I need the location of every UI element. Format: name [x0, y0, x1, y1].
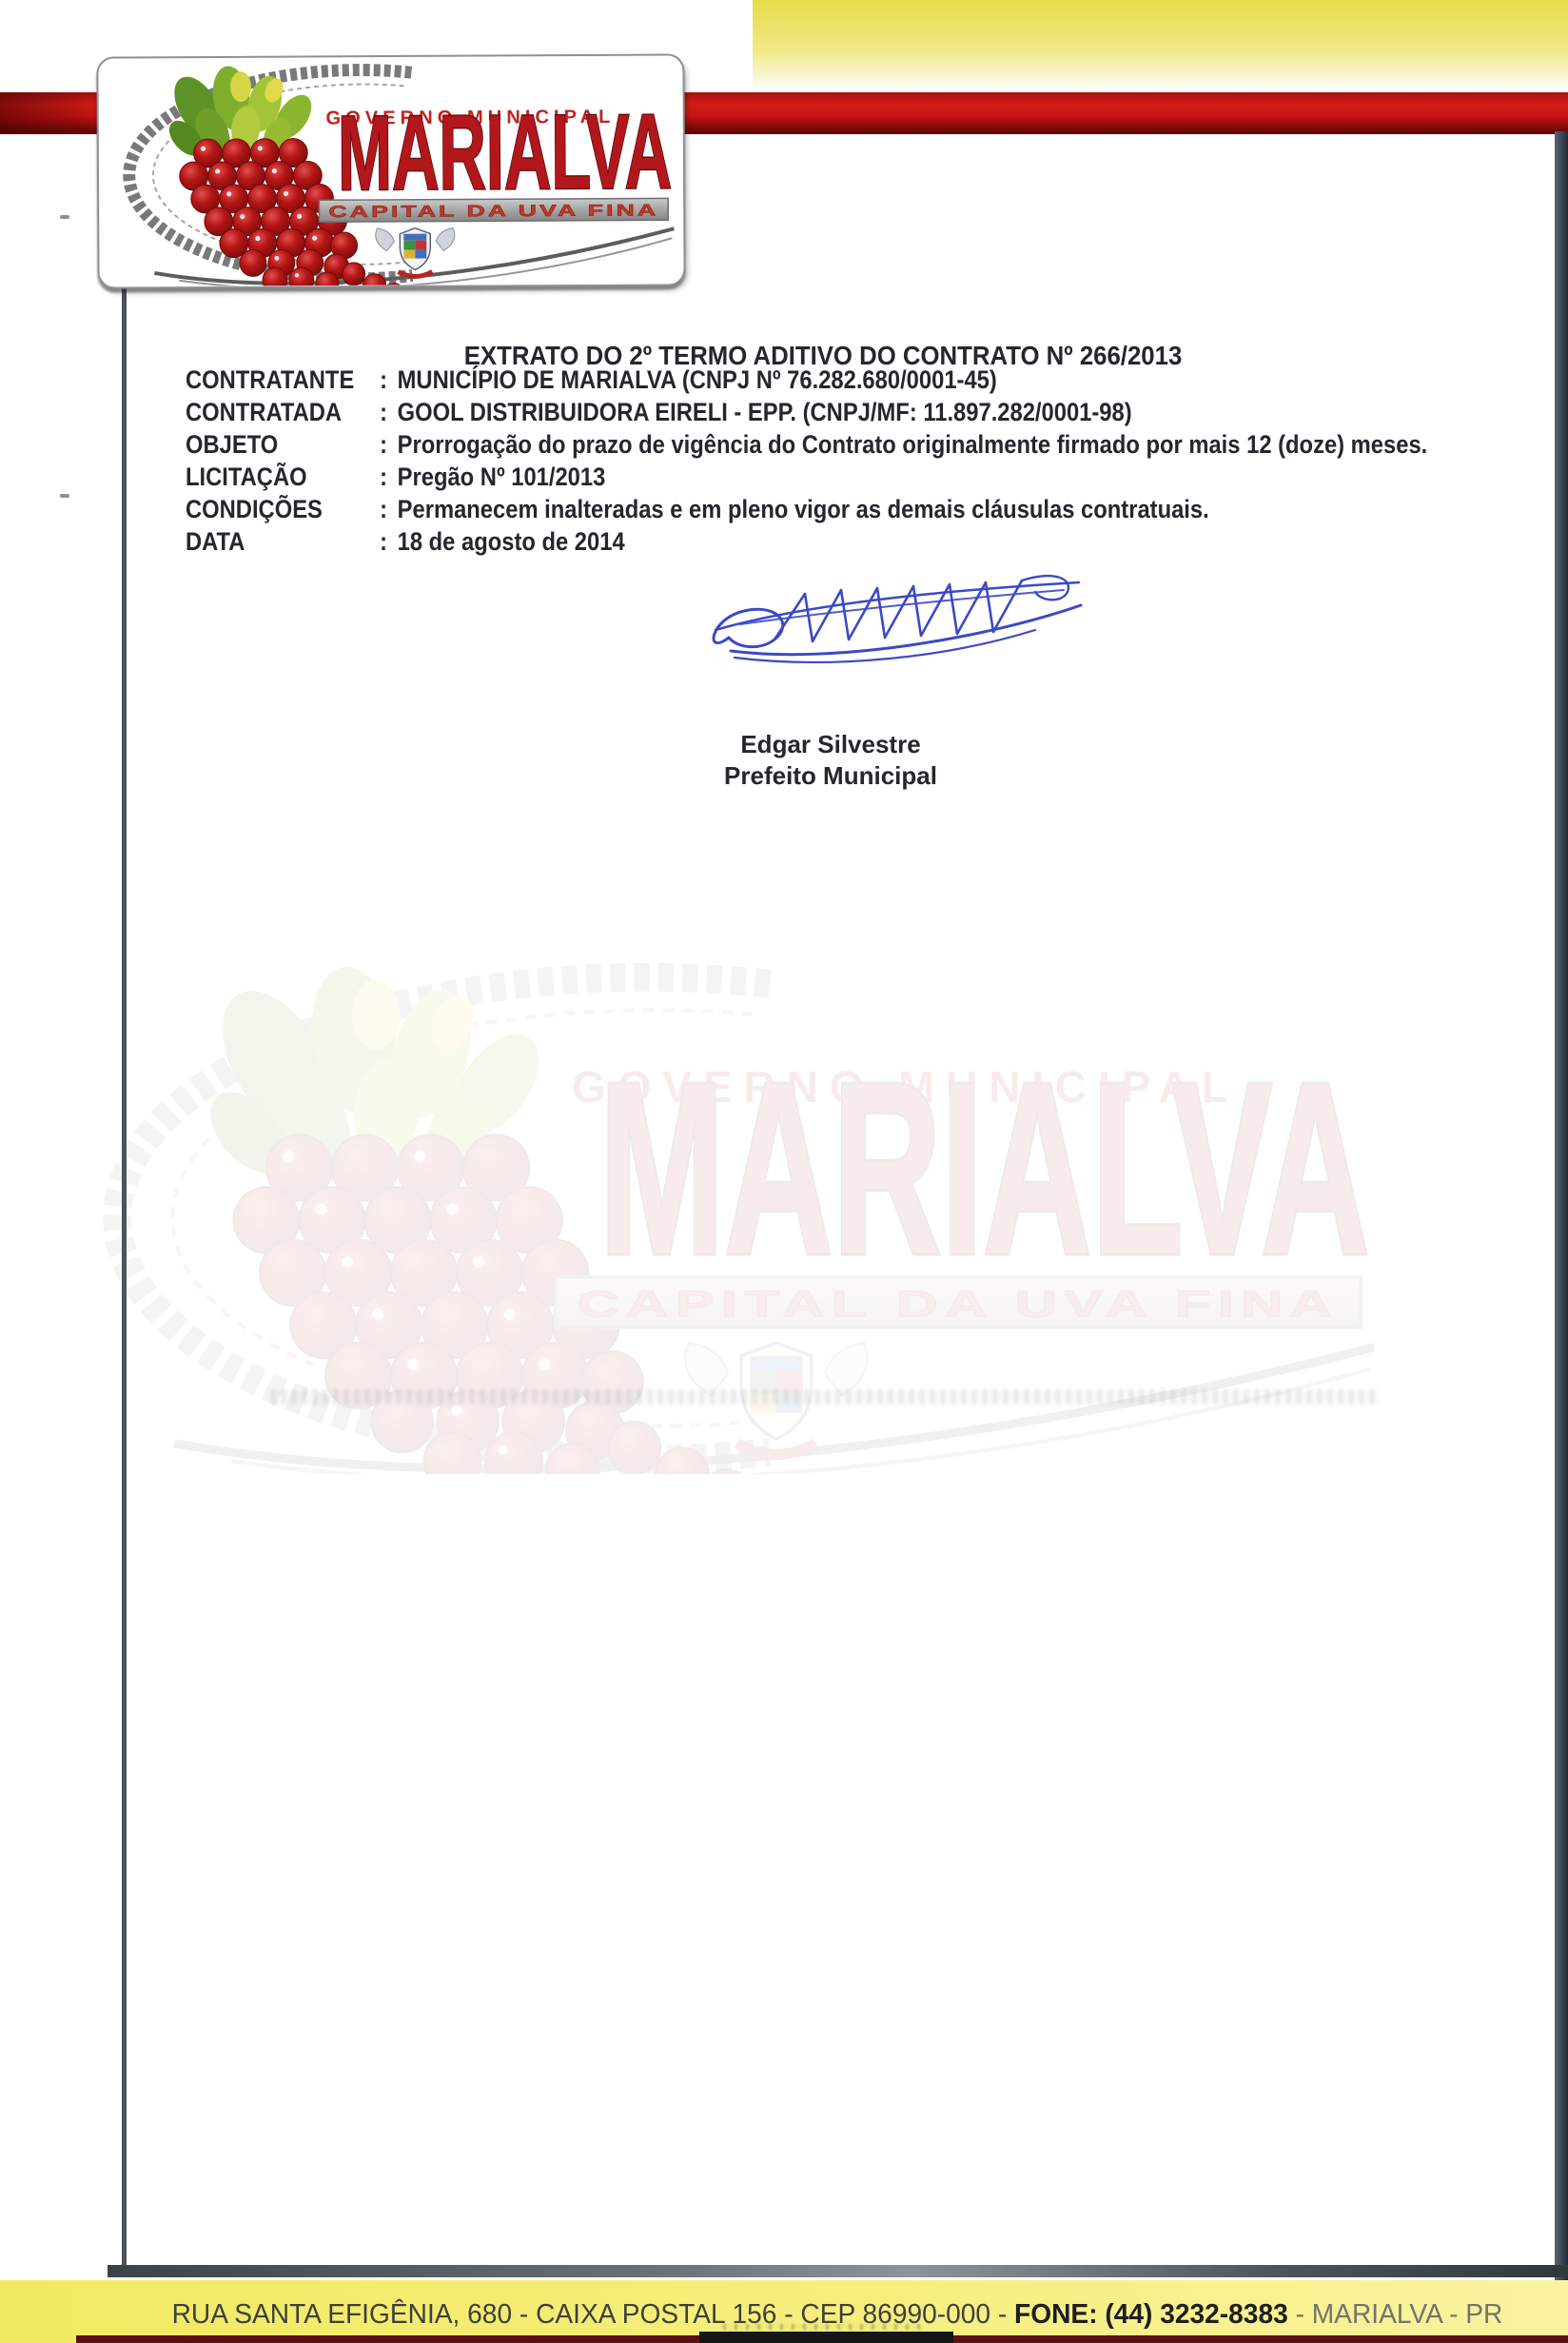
signer-name: Edgar Silvestre [688, 729, 973, 760]
contract-fields: CONTRATANTE:MUNICÍPIO DE MARIALVA (CNPJ … [186, 365, 1568, 560]
bottom-black-segment [699, 2332, 953, 2343]
footer-city: - MARIALVA - PR [1288, 2299, 1503, 2330]
yellow-band-right-boost [753, 0, 1568, 91]
frame-bottom-bar [108, 2265, 1568, 2277]
footer-phone: FONE: (44) 3232-8383 [1014, 2299, 1288, 2330]
field-separator: : [380, 495, 397, 524]
field-label: OBJETO [186, 430, 380, 460]
field-value: MUNICÍPIO DE MARIALVA (CNPJ Nº 76.282.68… [398, 365, 997, 395]
bleed-through-streak [271, 1389, 1380, 1405]
field-label: CONTRATANTE [186, 365, 380, 395]
field-row-data: DATA:18 de agosto de 2014 [186, 527, 1427, 560]
scan-speck [60, 494, 69, 498]
field-separator: : [380, 463, 397, 492]
field-separator: : [380, 365, 397, 395]
field-separator: : [380, 527, 397, 557]
marialva-logo [96, 53, 685, 288]
frame-left-line [122, 283, 127, 2267]
red-band-left-shade [0, 92, 105, 134]
field-label: CONDIÇÕES [186, 495, 380, 524]
field-value: 18 de agosto de 2014 [398, 527, 625, 557]
signer-role: Prefeito Municipal [688, 760, 973, 792]
field-row-contratante: CONTRATANTE:MUNICÍPIO DE MARIALVA (CNPJ … [186, 365, 1427, 398]
signature-ink [702, 569, 1085, 681]
field-label: CONTRATADA [186, 398, 380, 427]
bottom-scan-marks [723, 2324, 923, 2330]
field-label: LICITAÇÃO [186, 463, 380, 492]
field-value: Pregão Nº 101/2013 [398, 463, 606, 492]
field-value: Permanecem inalteradas e em pleno vigor … [398, 495, 1209, 524]
field-label: DATA [186, 527, 380, 557]
field-row-contratada: CONTRATADA:GOOL DISTRIBUIDORA EIRELI - E… [186, 398, 1427, 430]
field-row-condicoes: CONDIÇÕES:Permanecem inalteradas e em pl… [186, 495, 1427, 527]
field-value: GOOL DISTRIBUIDORA EIRELI - EPP. (CNPJ/M… [398, 398, 1132, 427]
field-row-licitacao: LICITAÇÃO:Pregão Nº 101/2013 [186, 463, 1427, 495]
scan-speck [60, 215, 69, 219]
marialva-logo-svg [98, 55, 683, 286]
field-separator: : [380, 430, 397, 460]
field-row-objeto: OBJETO:Prorrogação do prazo de vigência … [186, 430, 1427, 463]
field-separator: : [380, 398, 397, 427]
field-value: Prorrogação do prazo de vigência do Cont… [398, 430, 1428, 460]
signature-name-block: Edgar Silvestre Prefeito Municipal [688, 729, 973, 792]
